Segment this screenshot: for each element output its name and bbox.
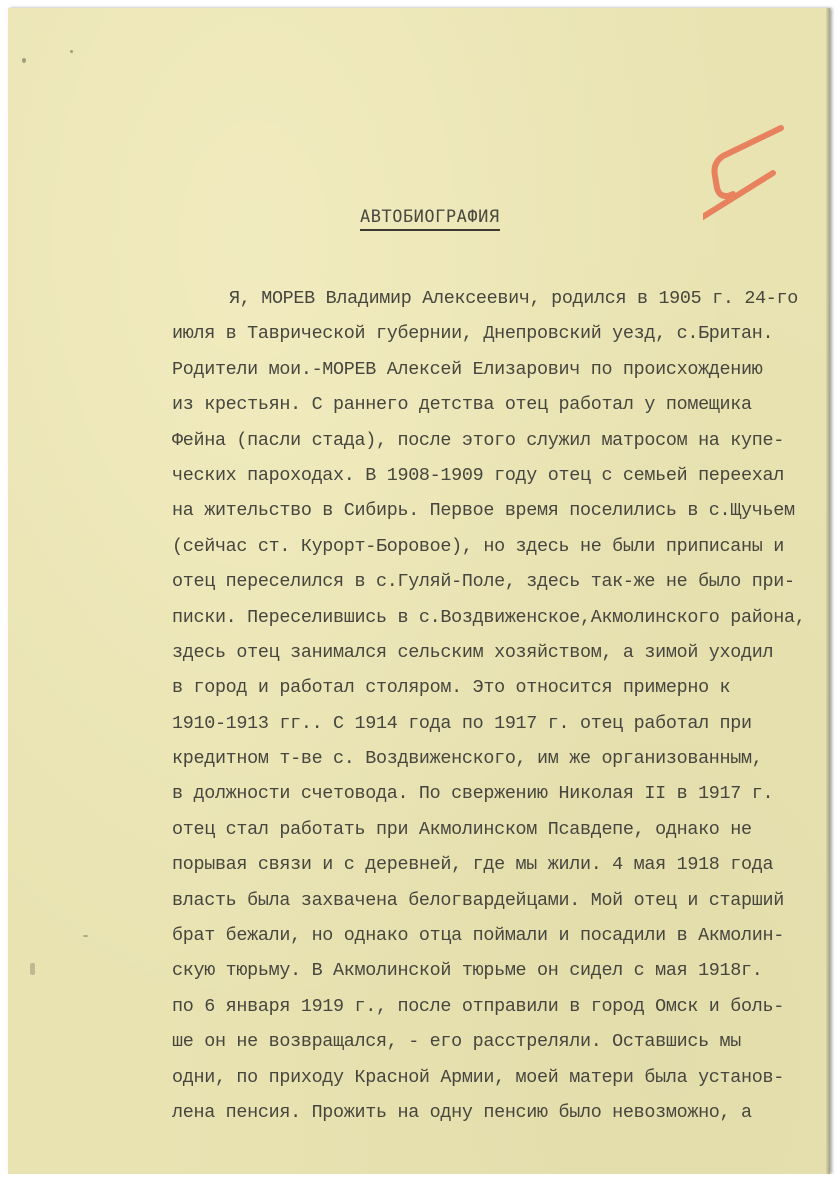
paper-speck [83,935,88,937]
text-line: скую тюрьму. В Акмолинской тюрьме он сид… [172,953,840,988]
text-line: (сейчас ст. Курорт-Боровое), но здесь не… [172,529,840,564]
text-line: 1910-1913 гг.. С 1914 года по 1917 г. от… [172,706,840,741]
text-line: Родители мои.-МОРЕВ Алексей Елизарович п… [172,352,840,387]
document-body: Я, МОРЕВ Владимир Алексеевич, родился в … [172,281,840,1130]
scan-bottom-margin [0,1174,840,1187]
text-line: здесь отец занимался сельским хозяйством… [172,635,840,670]
text-line: одни, по приходу Красной Армии, моей мат… [172,1060,840,1095]
document-page: АВТОБИОГРАФИЯ Я, МОРЕВ Владимир Алексеев… [8,8,830,1174]
text-line: кредитном т-ве с. Воздвиженского, им же … [172,741,840,776]
text-line: по 6 января 1919 г., после отправили в г… [172,989,840,1024]
text-line: в город и работал столяром. Это относитс… [172,670,840,705]
paper-speck [22,58,26,63]
folio-number-mark [703,118,803,233]
text-line: лена пенсия. Прожить на одну пенсию было… [172,1095,840,1130]
text-line: июля в Таврической губернии, Днепровский… [172,316,840,351]
document-title: АВТОБИОГРАФИЯ [360,206,500,231]
text-line: писки. Переселившись в с.Воздвиженское,А… [172,600,840,635]
text-line: ческих пароходах. В 1908-1909 году отец … [172,458,840,493]
text-line: власть была захвачена белогвардейцами. М… [172,883,840,918]
text-line: Я, МОРЕВ Владимир Алексеевич, родился в … [172,281,840,316]
paper-speck [30,963,35,975]
text-line: из крестьян. С раннего детства отец рабо… [172,387,840,422]
text-line: отец стал работать при Акмолинском Псавд… [172,812,840,847]
text-line: порывая связи и с деревней, где мы жили.… [172,847,840,882]
text-line: ше он не возвращался, - его расстреляли.… [172,1024,840,1059]
text-line: отец переселился в с.Гуляй-Поле, здесь т… [172,564,840,599]
paper-speck [70,50,73,53]
text-line: Фейна (пасли стада), после этого служил … [172,423,840,458]
text-line: в должности счетовода. По свержению Нико… [172,776,840,811]
text-line: брат бежали, но однако отца поймали и по… [172,918,840,953]
text-line: на жительство в Сибирь. Первое время пос… [172,493,840,528]
